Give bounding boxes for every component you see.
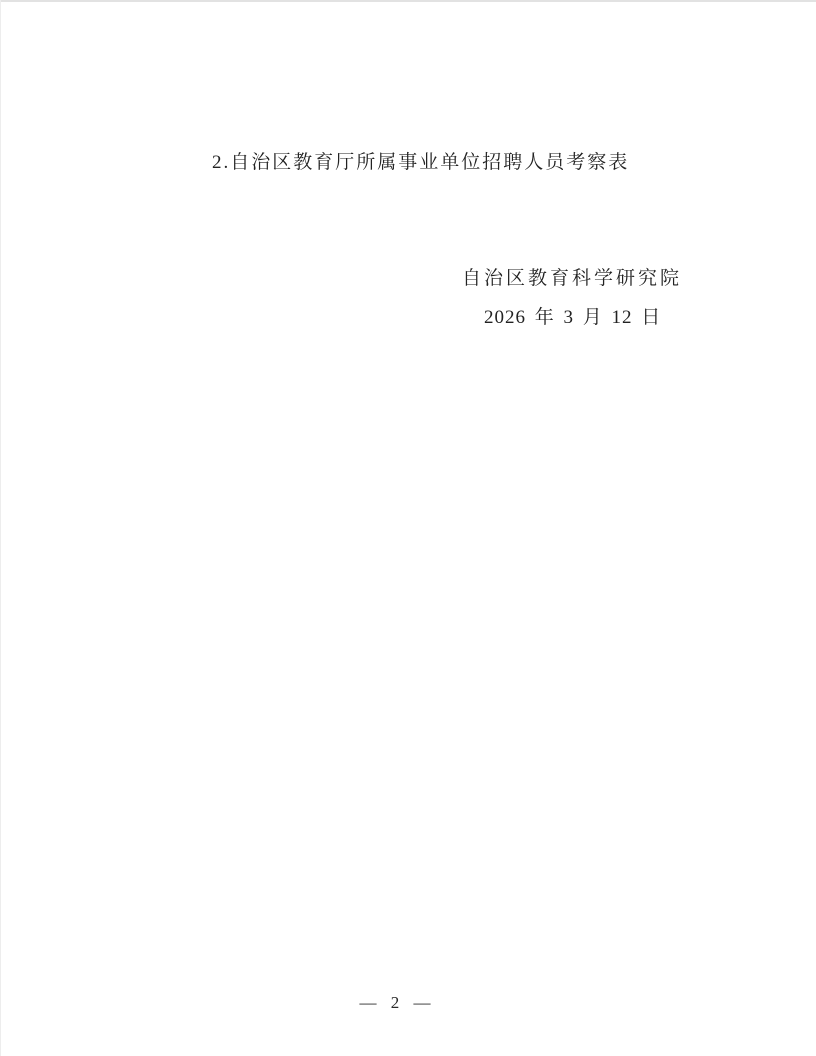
document-page: 2.自治区教育厅所属事业单位招聘人员考察表 自治区教育科学研究院 2026 年 … — [0, 0, 816, 1056]
scan-edge-left — [0, 0, 1, 1056]
attachment-list-item: 2.自治区教育厅所属事业单位招聘人员考察表 — [212, 147, 629, 174]
issuer-signature: 自治区教育科学研究院 — [462, 263, 682, 290]
issue-date: 2026 年 3 月 12 日 — [484, 302, 661, 329]
page-number: — 2 — — [296, 993, 496, 1013]
scan-edge-top — [0, 0, 816, 2]
